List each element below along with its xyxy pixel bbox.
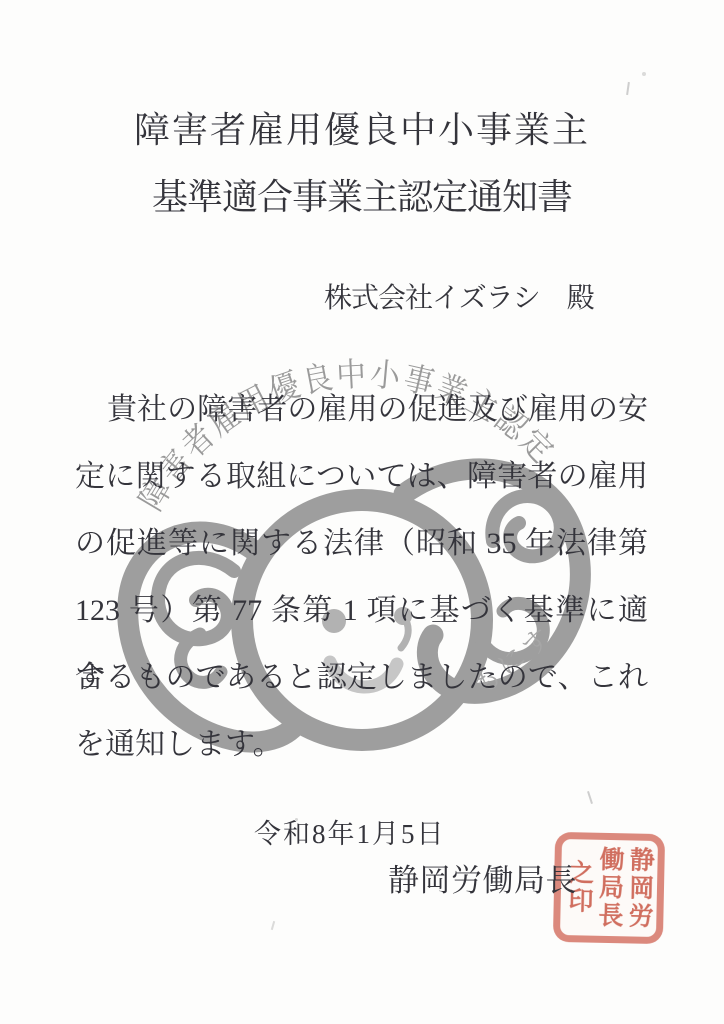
body-line: するものであると認定しましたので、これ (75, 644, 648, 711)
body-line: 定に関する取組については、障害者の雇用 (75, 443, 648, 510)
body-line: の促進等に関する法律（昭和 35 年法律第 (75, 510, 648, 577)
scan-artifact (642, 72, 646, 76)
body-line: を通知します。 (75, 711, 648, 778)
body-line: 123 号）第 77 条第 1 項に基づく基準に適合 (75, 577, 648, 644)
addressee: 株式会社イズラシ 殿 (324, 284, 594, 315)
issuer-name: 静岡労働局長 (388, 864, 577, 898)
title-line-1: 障害者雇用優良中小事業主 (0, 112, 724, 148)
certificate-page: 障害者雇用優良中小事業主認定 もにす 静岡労 働局長 之印 障害者雇用優良中小事… (0, 0, 724, 1024)
title-line-2: 基準適合事業主認定通知書 (0, 179, 724, 215)
scan-artifact (295, 818, 298, 821)
body-paragraph: 貴社の障害者の雇用の促進及び雇用の安 定に関する取組については、障害者の雇用 の… (75, 376, 648, 778)
document-content: 障害者雇用優良中小事業主 基準適合事業主認定通知書 株式会社イズラシ 殿 貴社の… (0, 0, 724, 1024)
document-title: 障害者雇用優良中小事業主 基準適合事業主認定通知書 (0, 112, 724, 215)
body-line: 貴社の障害者の雇用の促進及び雇用の安 (75, 376, 648, 443)
issue-date: 令和8年1月5日 (254, 820, 446, 850)
